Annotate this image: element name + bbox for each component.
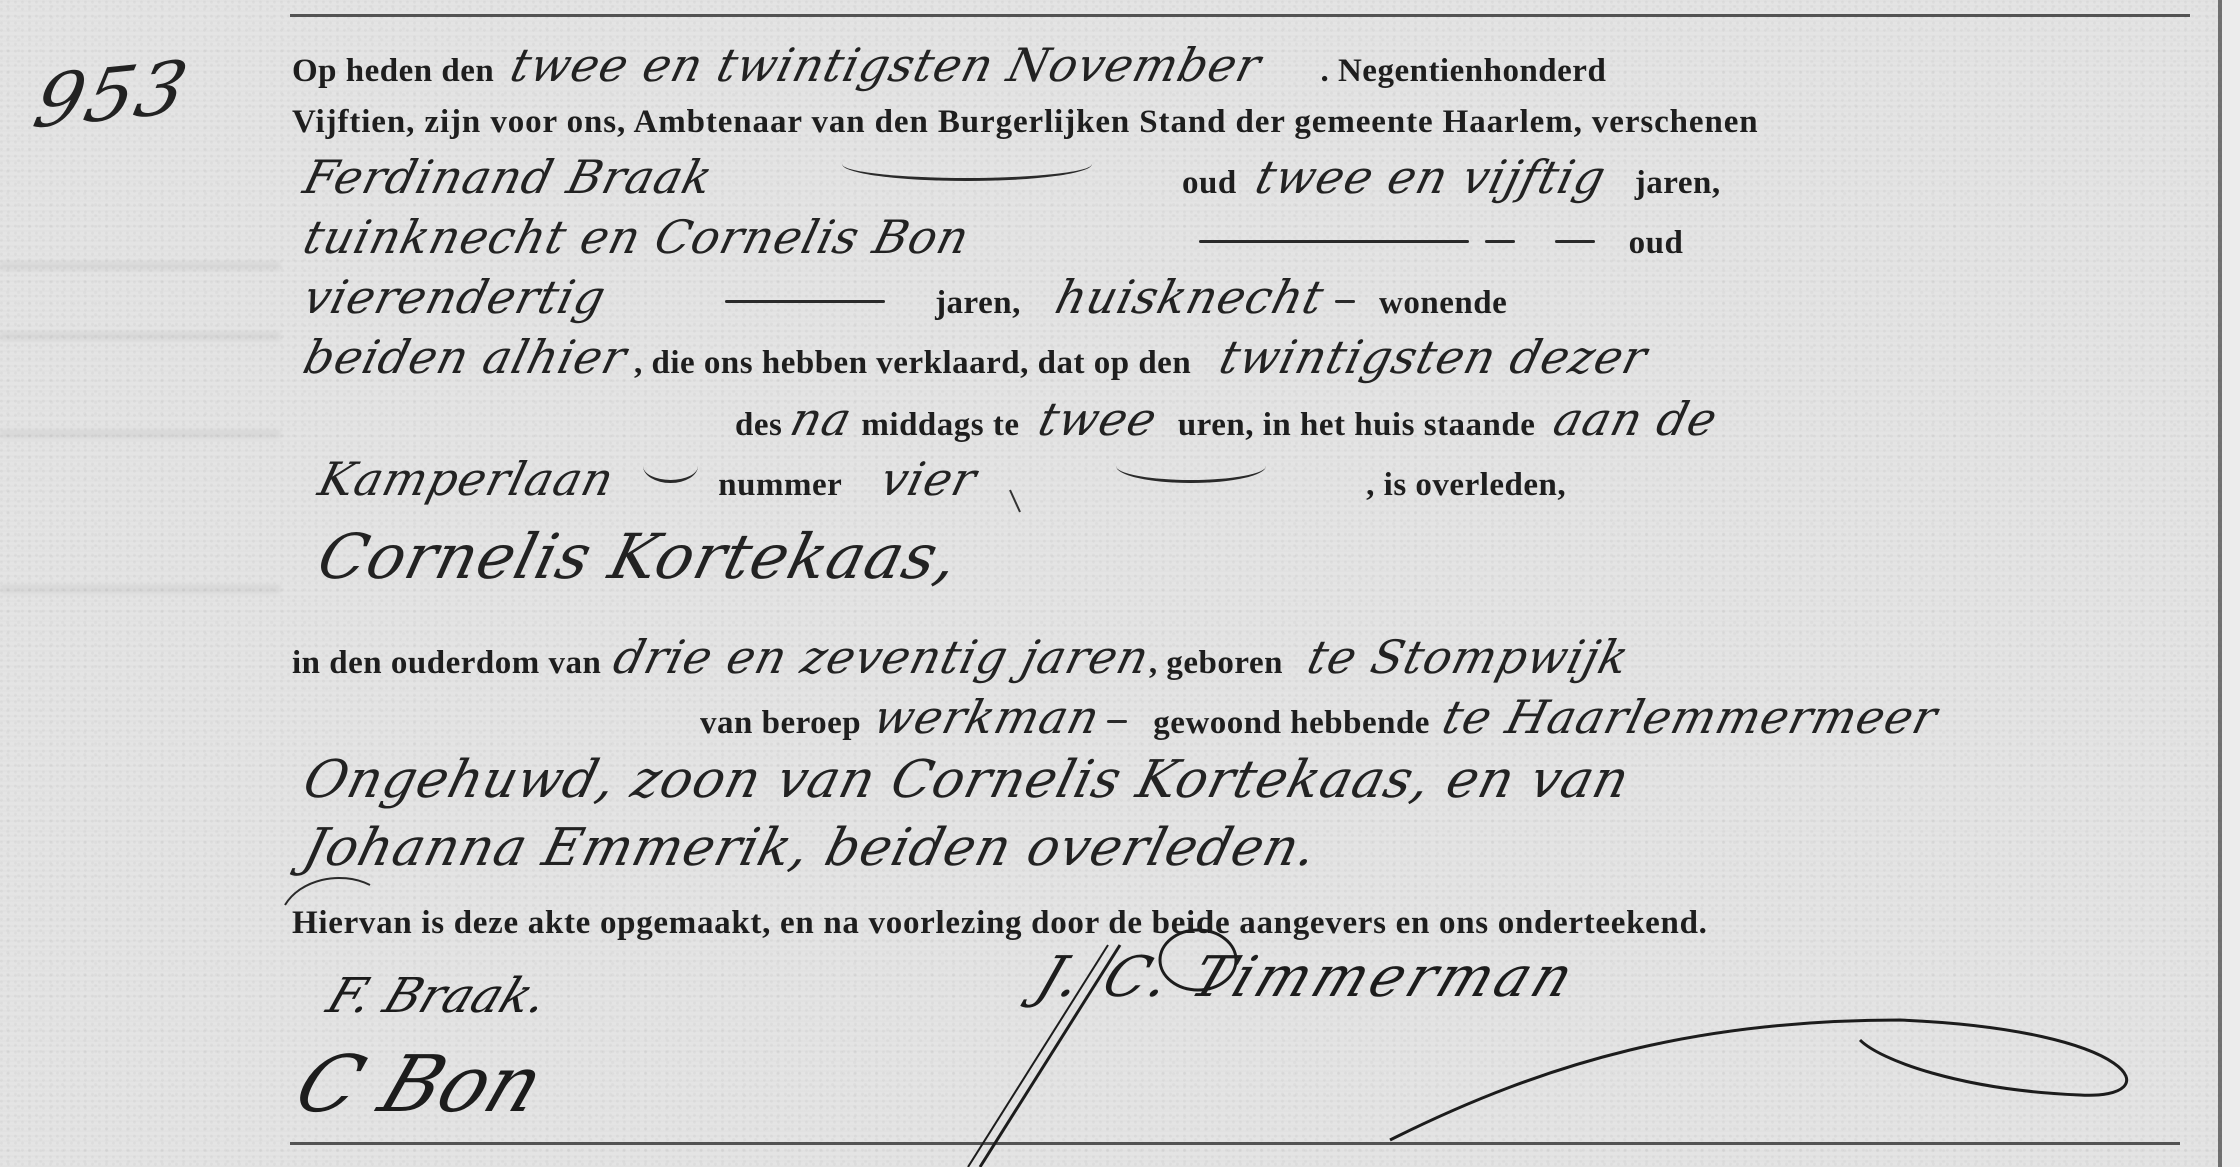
- certificate-page: 953 Op heden den twee en twintigsten Nov…: [0, 0, 2240, 1167]
- signature-flourish-strokes: [0, 0, 2240, 1167]
